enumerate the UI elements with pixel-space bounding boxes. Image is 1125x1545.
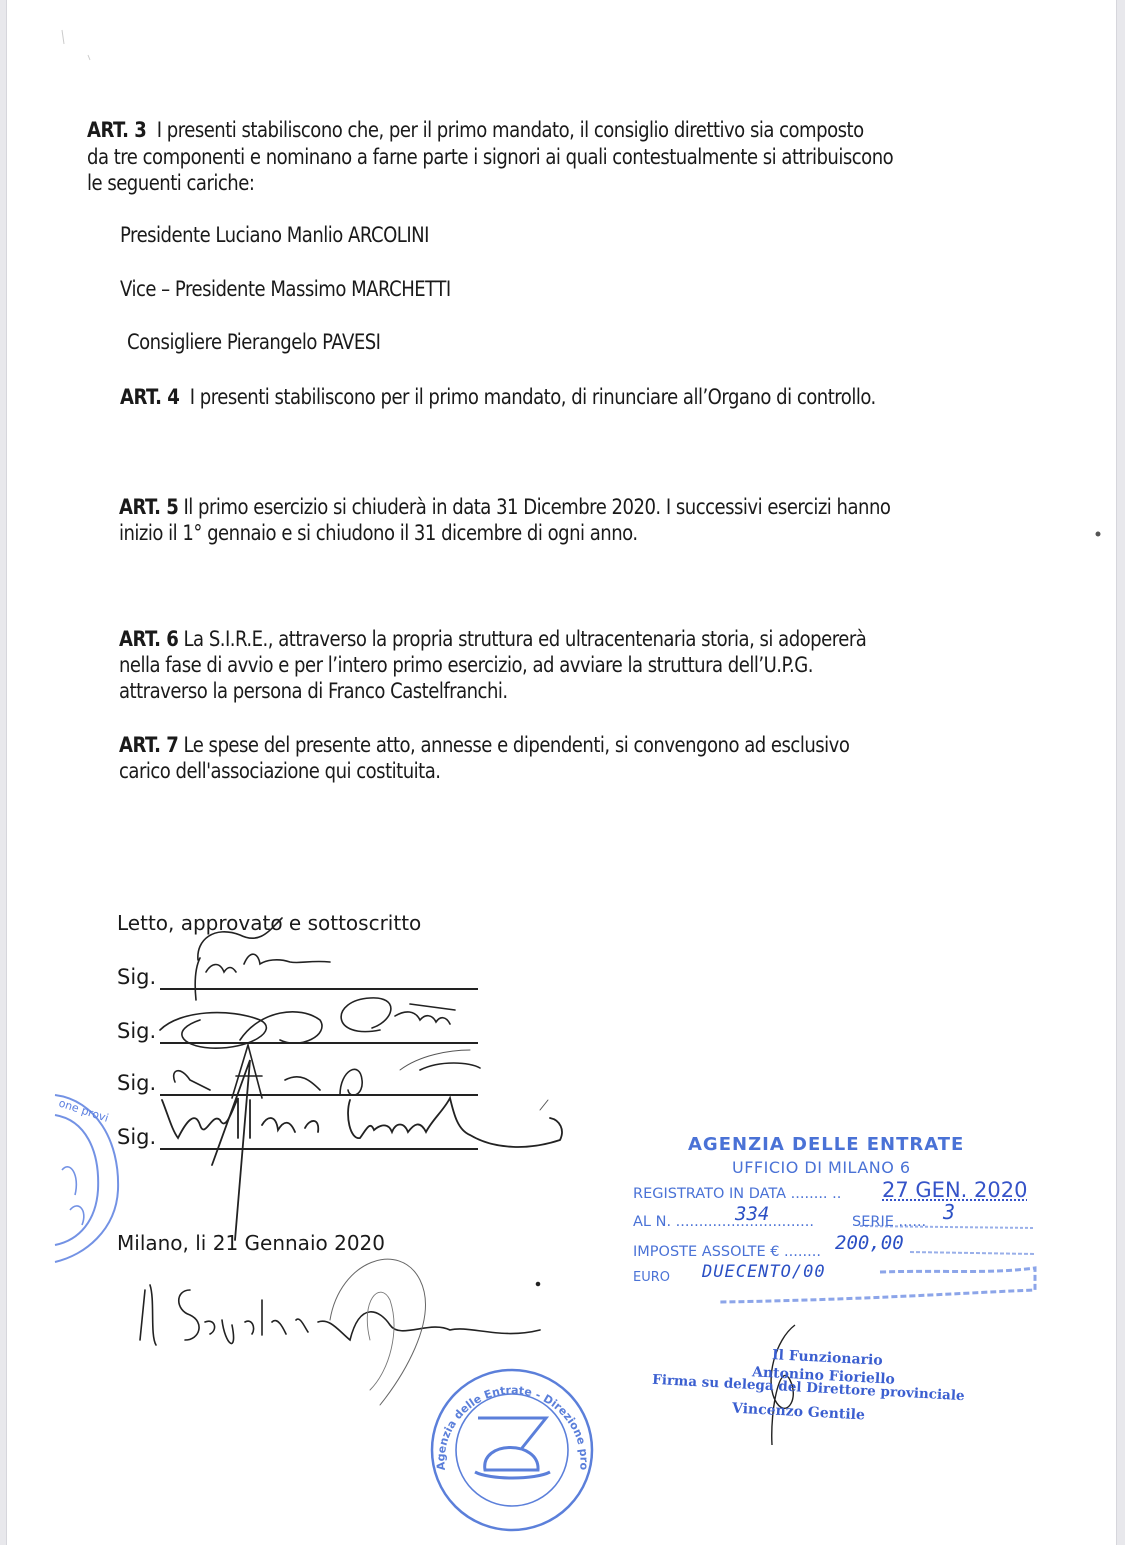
- stamp-registered-label: REGISTRATO IN DATA ........ ..: [633, 1186, 841, 1202]
- signature-3-ink: [174, 1045, 480, 1098]
- board-president: Presidente Luciano Manlio ARCOLINI: [120, 222, 429, 248]
- signature-heading: Letto, approvato e sottoscritto: [117, 911, 421, 935]
- stamp-euro-words: DUECENTO/00: [702, 1262, 826, 1282]
- stamp-taxes-row: IMPOSTE ASSOLTE € ........: [633, 1244, 821, 1260]
- board-councillor: Consigliere Pierangelo PAVESI: [127, 329, 380, 355]
- place-date: Milano, li 21 Gennaio 2020: [117, 1231, 385, 1255]
- art7-text: Le spese del presente atto, annesse e di…: [184, 733, 850, 757]
- art4-label: ART. 4: [120, 385, 179, 409]
- speck-top: [62, 30, 90, 60]
- signature-label-4: Sig.: [117, 1125, 156, 1149]
- signature-line-4: [160, 1148, 478, 1150]
- signature-label-3: Sig.: [117, 1071, 156, 1095]
- art7-label: ART. 7: [119, 733, 178, 757]
- stamp-taxes-value: 200,00: [835, 1232, 904, 1254]
- signature-label-2: Sig.: [117, 1019, 156, 1043]
- art6-line-3: attraverso la persona di Franco Castelfr…: [119, 678, 508, 704]
- stamp-number-value: 334: [735, 1203, 769, 1225]
- speck: [1096, 532, 1101, 537]
- signature-2-ink: [160, 998, 455, 1048]
- signature-line-2: [160, 1042, 478, 1044]
- art3-line-3: le seguenti cariche:: [87, 170, 254, 196]
- art5-line-2: inizio il 1° gennaio e si chiudono il 31…: [119, 520, 638, 546]
- art3-line-1: ART. 3 I presenti stabiliscono che, per …: [87, 117, 864, 143]
- art3-text: I presenti stabiliscono che, per il prim…: [157, 118, 864, 142]
- stamp-registered-date: 27 GEN. 2020: [882, 1178, 1027, 1202]
- art7-line-1: ART. 7 Le spese del presente atto, annes…: [119, 732, 849, 758]
- signature-line-3: [160, 1094, 478, 1096]
- page-edge-right: [1116, 0, 1125, 1545]
- art6-label: ART. 6: [119, 627, 178, 651]
- signature-label-1: Sig.: [117, 965, 156, 989]
- art4-text: I presenti stabiliscono per il primo man…: [190, 385, 876, 409]
- number-label: AL N.: [633, 1214, 671, 1230]
- registered-label: REGISTRATO IN DATA: [633, 1186, 786, 1202]
- stamp-office: UFFICIO DI MILANO 6: [732, 1158, 911, 1177]
- board-vice-president: Vice – Presidente Massimo MARCHETTI: [120, 276, 451, 302]
- art5-label: ART. 5: [119, 495, 178, 519]
- signature-faint-strokes: [400, 1050, 548, 1110]
- art5-text: Il primo esercizio si chiuderà in data 3…: [184, 495, 891, 519]
- article-4: ART. 4 I presenti stabiliscono per il pr…: [120, 384, 876, 410]
- stamp-series-row: SERIE ......: [852, 1214, 926, 1230]
- series-label: SERIE: [852, 1214, 894, 1230]
- stamp-agency: AGENZIA DELLE ENTRATE: [688, 1134, 964, 1155]
- signature-line-1: [160, 988, 478, 990]
- stamp-number-row: AL N. ..............................: [633, 1214, 814, 1230]
- page-edge-left: [0, 0, 7, 1545]
- art5-line-1: ART. 5 Il primo esercizio si chiuderà in…: [119, 494, 890, 520]
- left-round-stamp: [55, 1095, 118, 1262]
- art7-line-2: carico dell'associazione qui costituita.: [119, 758, 440, 784]
- signature-4-ink: [162, 1060, 562, 1240]
- art6-line-1: ART. 6 La S.I.R.E., attraverso la propri…: [119, 626, 866, 652]
- art6-line-2: nella fase di avvio e per l’intero primo…: [119, 652, 813, 678]
- stamp-series-value: 3: [943, 1200, 955, 1224]
- art3-label: ART. 3: [87, 118, 146, 142]
- secretary-signature-ink: [140, 1259, 540, 1405]
- art3-line-2: da tre componenti e nominano a farne par…: [87, 144, 893, 170]
- official-director: Vincenzo Gentile: [732, 1401, 866, 1424]
- left-stamp-text: one provi: [57, 1096, 110, 1124]
- taxes-label: IMPOSTE ASSOLTE €: [633, 1244, 779, 1260]
- stamp-euro-label: EURO: [633, 1270, 670, 1285]
- art6-text: La S.I.R.E., attraverso la propria strut…: [184, 627, 867, 651]
